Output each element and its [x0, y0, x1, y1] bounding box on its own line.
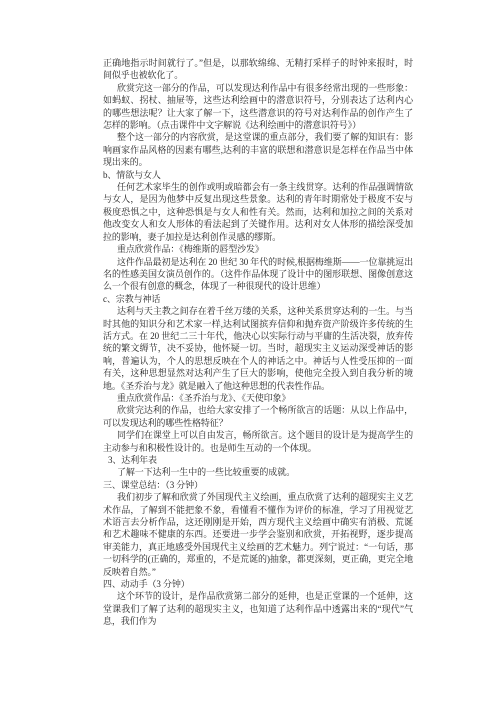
artwork-highlight-line: 重点欣赏作品：《梅维斯的唇型沙发》 — [103, 243, 413, 255]
text-block: 正确地指示时间就行了。”但是，以那软绵绵、无精打采样子的时钟来报时，时间似乎也被… — [103, 57, 413, 628]
paragraph-cutoff: 这个环节的设计，是作品欣赏第二部分的延伸，也是正堂课的一个延伸，这堂课我们了解了… — [103, 590, 413, 627]
paragraph: 欣赏完达利的作品，也给大家安排了一个畅所欲言的话题：从以上作品中，可以发现达利的… — [103, 404, 413, 429]
document-page: 正确地指示时间就行了。”但是，以那软绵绵、无精打采样子的时钟来报时，时间似乎也被… — [0, 0, 500, 707]
section-heading-summary: 三、课堂总结：（3 分钟） — [103, 479, 413, 491]
paragraph: 了解一下达利一生中的一些比较重要的成就。 — [103, 466, 413, 478]
paragraph: 我们初步了解和欣赏了外国现代主义绘画，重点欣赏了达利的超现实主义艺术作品，了解到… — [103, 491, 413, 578]
subsection-label-c: c、宗教与神话 — [103, 293, 413, 305]
paragraph: 同学们在课堂上可以自由发言，畅所欲言。这个题目的设计是为提高学生的主动参与和积极… — [103, 429, 413, 454]
section-heading-hands-on: 四、动动手（3 分钟） — [103, 578, 413, 590]
subsection-label-b: b、情欲与女人 — [103, 169, 413, 181]
paragraph: 欣赏完这一部分的作品，可以发现达利作品中有很多经常出现的一些形象：如蚂蚁、拐杖、… — [103, 82, 413, 132]
paragraph: 这件作品最初是达利在 20 世纪 30 年代的时候,根据梅维斯——一位靠挑逗出名… — [103, 256, 413, 293]
paragraph: 整个这一部分的内容欣赏，是这堂课的重点部分，我们要了解的知识有：影响画家作品风格… — [103, 131, 413, 168]
paragraph-continuation: 正确地指示时间就行了。”但是，以那软绵绵、无精打采样子的时钟来报时，时间似乎也被… — [103, 57, 413, 82]
list-item-dali-chronology: 3、达利年表 — [103, 454, 413, 466]
artwork-highlight-line: 重点欣赏作品：《圣乔治与龙》、《天使印象》 — [103, 392, 413, 404]
paragraph: 任何艺术家毕生的创作或明或暗都会有一条主线贯穿。达利的作品强调情欲与女人，是因为… — [103, 181, 413, 243]
paragraph: 达利与天主教之间存在着千丝万缕的关系，这种关系贯穿达利的一生。与当时其他的知识分… — [103, 305, 413, 392]
